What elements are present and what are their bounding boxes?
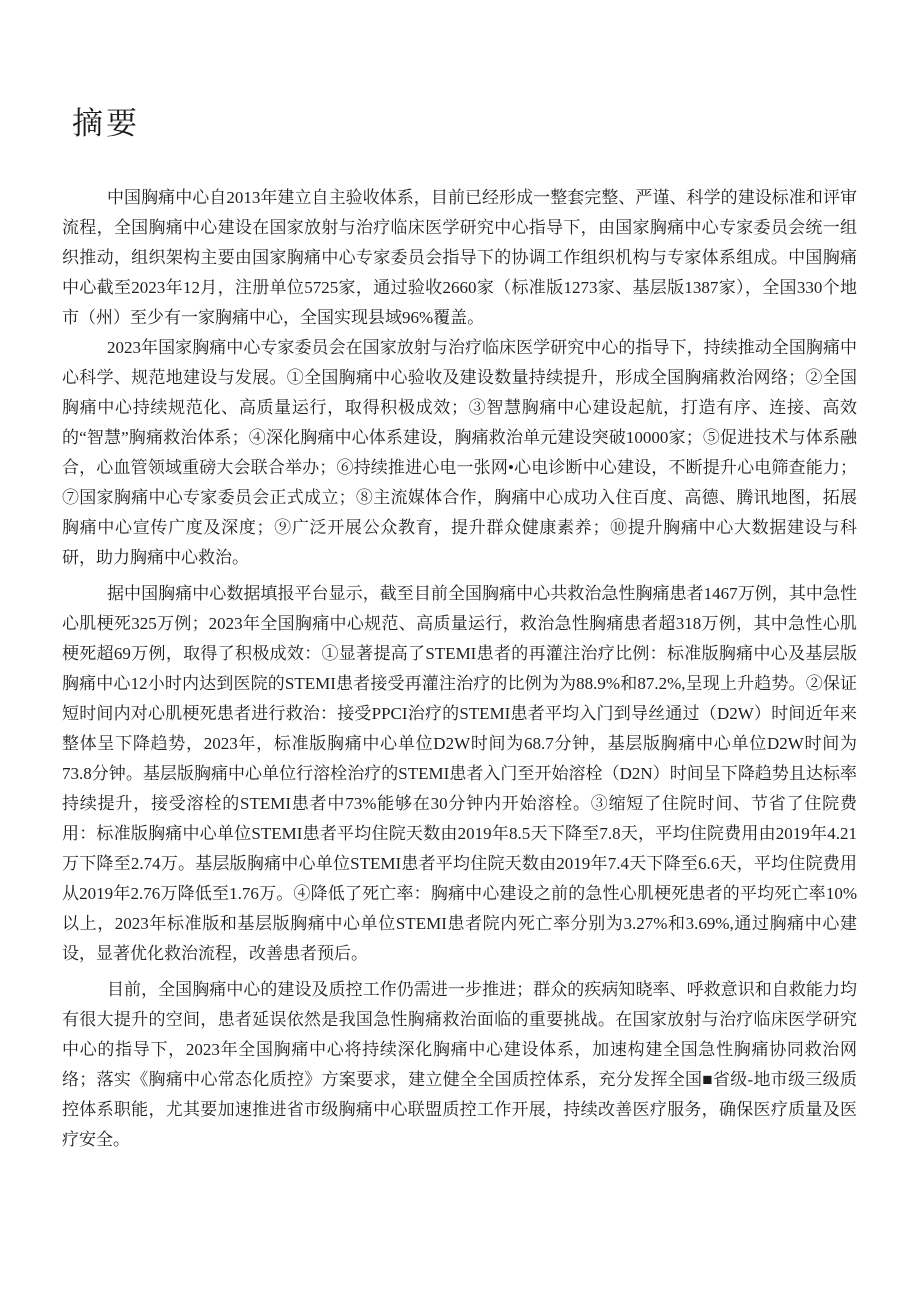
abstract-paragraph-1: 中国胸痛中心自2013年建立自主验收体系，目前已经形成一整套完整、严谨、科学的建… xyxy=(62,183,857,333)
abstract-paragraph-3: 据中国胸痛中心数据填报平台显示，截至目前全国胸痛中心共救治急性胸痛患者1467万… xyxy=(62,579,857,969)
abstract-paragraph-4: 目前，全国胸痛中心的建设及质控工作仍需进一步推进；群众的疾病知晓率、呼救意识和自… xyxy=(62,975,857,1155)
page-title: 摘要 xyxy=(0,0,920,142)
document-page: 摘要 中国胸痛中心自2013年建立自主验收体系，目前已经形成一整套完整、严谨、科… xyxy=(0,0,920,1301)
abstract-paragraph-2: 2023年国家胸痛中心专家委员会在国家放射与治疗临床医学研究中心的指导下，持续推… xyxy=(62,333,857,573)
abstract-body: 中国胸痛中心自2013年建立自主验收体系，目前已经形成一整套完整、严谨、科学的建… xyxy=(62,183,857,1155)
